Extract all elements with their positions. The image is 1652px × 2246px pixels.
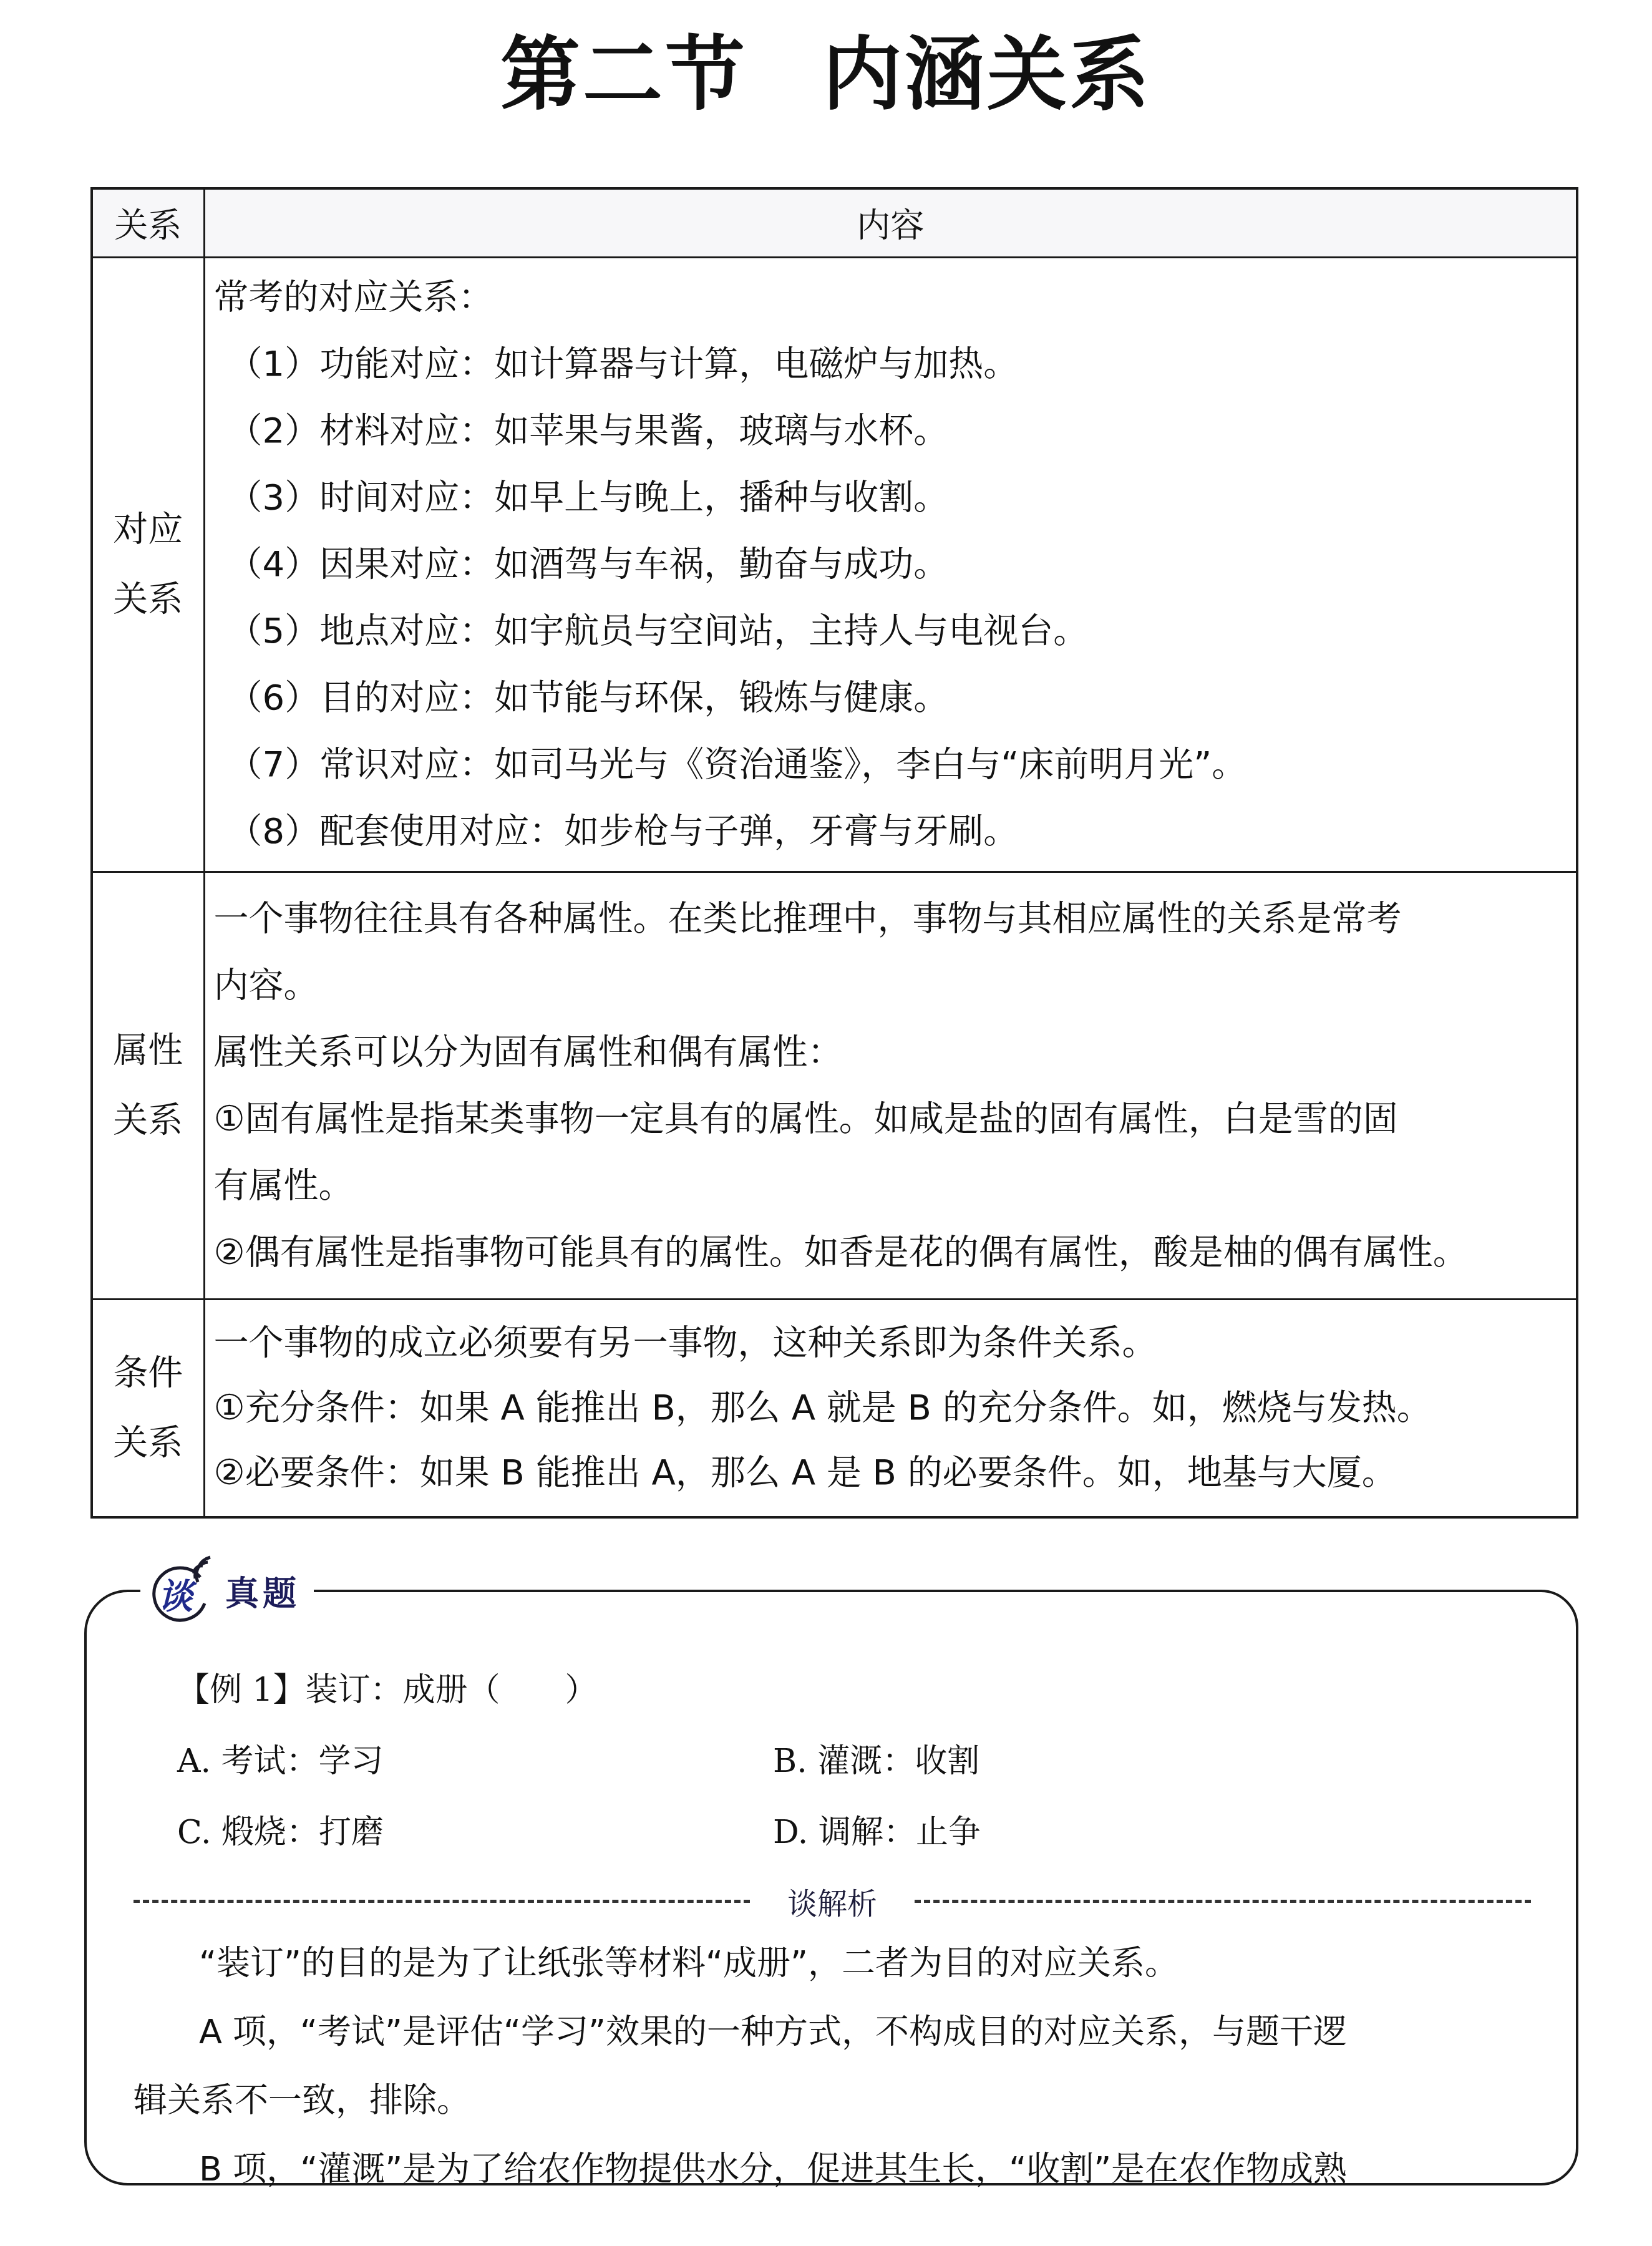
- table-row-attribute: 属性 关系 一个事物往往具有各种属性。在类比推理中，事物与其相应属性的关系是常考…: [92, 872, 1577, 1299]
- svg-text:谈: 谈: [158, 1577, 197, 1617]
- header-relation: 关系: [92, 188, 204, 257]
- table-row-condition: 条件 关系 一个事物的成立必须要有另一事物，这种关系即为条件关系。 ①充分条件：…: [92, 1299, 1577, 1517]
- content-line: （7）常识对应：如司马光与《资治通鉴》，李白与“床前明月光”。: [214, 731, 1568, 798]
- table-header-row: 关系 内容: [92, 188, 1577, 257]
- section-name: 内涵关系: [822, 28, 1152, 122]
- content-line: ①充分条件：如果 A 能推出 B，那么 A 就是 B 的充分条件。如，燃烧与发热…: [214, 1376, 1568, 1441]
- content-line: （2）材料对应：如苹果与果酱，玻璃与水杯。: [214, 397, 1568, 464]
- content-cell: 一个事物的成立必须要有另一事物，这种关系即为条件关系。 ①充分条件：如果 A 能…: [204, 1299, 1577, 1517]
- relation-cell: 属性 关系: [92, 872, 204, 1299]
- content-line: ②必要条件：如果 B 能推出 A，那么 A 是 B 的必要条件。如，地基与大厦。: [214, 1441, 1568, 1505]
- content-line: 属性关系可以分为固有属性和偶有属性：: [214, 1019, 1568, 1086]
- content-line: （5）地点对应：如宇航员与空间站，主持人与电视台。: [214, 598, 1568, 664]
- exam-section-label: 真题: [225, 1567, 300, 1615]
- option-d[interactable]: D. 调解：止争: [773, 1804, 981, 1860]
- exam-section: 【例 1】装订：成册（ ） A. 考试：学习 B. 灌溉：收割 C. 煅烧：打磨…: [84, 1547, 1582, 2190]
- option-a[interactable]: A. 考试：学习: [177, 1733, 384, 1789]
- analysis-line: B 项，“灌溉”是为了给农作物提供水分，促进其生长，“收割”是在农作物成熟: [134, 2135, 1531, 2204]
- content-line: 一个事物的成立必须要有另一事物，这种关系即为条件关系。: [214, 1311, 1568, 1376]
- content-line: ②偶有属性是指事物可能具有的属性。如香是花的偶有属性，酸是柚的偶有属性。: [214, 1219, 1568, 1286]
- analysis-divider: 谈解析: [134, 1879, 1531, 1923]
- content-line: ①固有属性是指某类事物一定具有的属性。如咸是盐的固有属性，白是雪的固: [214, 1086, 1568, 1152]
- relations-table: 关系 内容 对应 关系 常考的对应关系： （1）功能对应：如计算器与计算，电磁炉…: [90, 187, 1578, 1519]
- analysis-line: “装订”的目的是为了让纸张等材料“成册”，二者为目的对应关系。: [134, 1929, 1531, 1998]
- relation-label-line2: 关系: [99, 1408, 197, 1478]
- content-line: （6）目的对应：如节能与环保，锻炼与健康。: [214, 664, 1568, 731]
- relation-label-line2: 关系: [99, 1086, 197, 1155]
- question-stem: 【例 1】装订：成册（ ）: [177, 1662, 598, 1718]
- dashed-rule-left: [134, 1900, 750, 1903]
- content-line: （1）功能对应：如计算器与计算，电磁炉与加热。: [214, 331, 1568, 397]
- option-c[interactable]: C. 煅烧：打磨: [177, 1804, 384, 1860]
- option-b[interactable]: B. 灌溉：收割: [773, 1733, 979, 1789]
- content-line: 一个事物往往具有各种属性。在类比推理中，事物与其相应属性的关系是常考: [214, 885, 1568, 952]
- content-line: （4）因果对应：如酒驾与车祸，勤奋与成功。: [214, 531, 1568, 598]
- content-line: （8）配套使用对应：如步枪与子弹，牙膏与牙刷。: [214, 798, 1568, 865]
- content-cell: 常考的对应关系： （1）功能对应：如计算器与计算，电磁炉与加热。 （2）材料对应…: [204, 257, 1577, 872]
- exam-box: 【例 1】装订：成册（ ） A. 考试：学习 B. 灌溉：收割 C. 煅烧：打磨…: [84, 1590, 1578, 2185]
- relation-label-line1: 条件: [99, 1338, 197, 1408]
- analysis-line: 辑关系不一致，排除。: [134, 2066, 1531, 2135]
- analysis-text: “装订”的目的是为了让纸张等材料“成册”，二者为目的对应关系。 A 项，“考试”…: [134, 1929, 1531, 2204]
- content-cell: 一个事物往往具有各种属性。在类比推理中，事物与其相应属性的关系是常考 内容。 属…: [204, 872, 1577, 1299]
- table-row-correspondence: 对应 关系 常考的对应关系： （1）功能对应：如计算器与计算，电磁炉与加热。 （…: [92, 257, 1577, 872]
- content-line: （3）时间对应：如早上与晚上，播种与收割。: [214, 464, 1568, 531]
- content-line: 有属性。: [214, 1152, 1568, 1219]
- analysis-label: 谈解析: [750, 1880, 915, 1923]
- exam-header: 谈 真题: [140, 1547, 314, 1635]
- relation-label-line1: 属性: [99, 1016, 197, 1086]
- relation-cell: 条件 关系: [92, 1299, 204, 1517]
- relation-label-line1: 对应: [99, 495, 197, 565]
- relation-cell: 对应 关系: [92, 257, 204, 872]
- page-title: 第二节内涵关系: [0, 19, 1652, 131]
- section-number: 第二节: [500, 28, 747, 122]
- relation-label-line2: 关系: [99, 565, 197, 634]
- content-line: 常考的对应关系：: [214, 264, 1568, 331]
- dashed-rule-right: [915, 1900, 1531, 1903]
- content-line: 内容。: [214, 952, 1568, 1019]
- header-content: 内容: [204, 188, 1577, 257]
- analysis-line: A 项，“考试”是评估“学习”效果的一种方式，不构成目的对应关系，与题干逻: [134, 1998, 1531, 2066]
- tan-signal-badge-icon: 谈: [145, 1553, 220, 1628]
